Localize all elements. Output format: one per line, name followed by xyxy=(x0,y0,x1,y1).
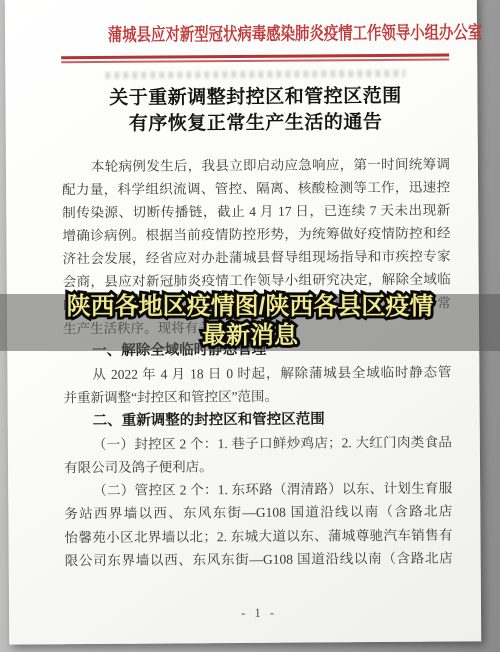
document-line: 怡馨苑小区北界墙以北；2. 东城大道以东、蒲城尊驰汽车销售有 xyxy=(64,523,452,549)
section-heading-2: 二、重新调整的封控区和管控区范围 xyxy=(64,407,452,433)
watermark-line-1-fill: 陕西各地区疫情图/陕西各县区疫情 xyxy=(67,293,434,320)
bleed-through-text xyxy=(105,69,405,78)
watermark-line-2-fill: 最新消息 xyxy=(202,322,298,349)
watermark-line-1: 陕西各地区疫情图/陕西各县区疫情 陕西各地区疫情图/陕西各县区疫情 xyxy=(0,292,500,321)
document-line: 有限公司及鸽子便利店。 xyxy=(64,453,452,479)
document-line: （一）封控区 2 个：1. 巷子口鲜炒鸡店；2. 大红门肉类食品 xyxy=(64,430,452,456)
page-number: - 1 - xyxy=(65,605,453,623)
header-divider xyxy=(61,54,449,63)
document-line: 济社会发展，经省应对办赴蒲城县督导组现场指导和市疾控专家 xyxy=(62,245,450,271)
org-header-text: 蒲城县应对新型冠状病毒感染肺炎疫情工作领导小组办公室 xyxy=(108,18,483,47)
document-line: 从 2022 年 4 月 18 日 0 时起，解除蒲城县全域临时静态管理， xyxy=(63,361,451,387)
document-line: 本轮病例发生后，我县立即启动应急响应，第一时间统筹调 xyxy=(62,152,450,178)
divider-thin-line xyxy=(61,59,449,63)
document-line: 限公司东界墙以西、东风东街—G108 国道沿线以南（含路北店 xyxy=(65,546,453,572)
document-line: 制传染源、切断传播链，截止 4 月 17 日，已连续 7 天未出现新 xyxy=(62,198,450,224)
document-body: 本轮病例发生后，我县立即启动应急响应，第一时间统筹调 配力量，科学组织流调、管控… xyxy=(62,152,453,572)
title-line-1: 关于重新调整封控区和管控区范围 xyxy=(61,83,449,112)
document-line: 会商，县应对新冠肺炎疫情工作领导小组研究决定，解除全域临 xyxy=(63,268,451,294)
watermark-text: 陕西各地区疫情图/陕西各县区疫情 陕西各地区疫情图/陕西各县区疫情 最新消息 最… xyxy=(0,292,500,350)
document-line: 增确诊病例。根据当前疫情防控形势，为统筹做好疫情防控和经 xyxy=(62,222,450,248)
document-photo: 蒲城县应对新型冠状病毒感染肺炎疫情工作领导小组办公室 关于重新调整封控区和管控区… xyxy=(0,0,500,652)
org-header: 蒲城县应对新型冠状病毒感染肺炎疫情工作领导小组办公室 xyxy=(61,19,449,48)
document-line: 并重新调整“封控区和管控区”范围。 xyxy=(63,384,451,410)
document-line: 配力量，科学组织流调、管控、隔离、核酸检测等工作，迅速控 xyxy=(62,175,450,201)
document-title: 关于重新调整封控区和管控区范围 有序恢复正常生产生活的通告 xyxy=(61,83,449,138)
title-line-2: 有序恢复正常生产生活的通告 xyxy=(62,109,450,138)
document-line: 务站西界墙以西、东风东街—G108 国道沿线以南（含路北店铺）、 xyxy=(64,500,452,526)
watermark-line-2: 最新消息 最新消息 xyxy=(0,321,500,350)
document-line: （二）管控区 2 个：1. 东环路（渭清路）以东、计划生育服 xyxy=(64,477,452,503)
